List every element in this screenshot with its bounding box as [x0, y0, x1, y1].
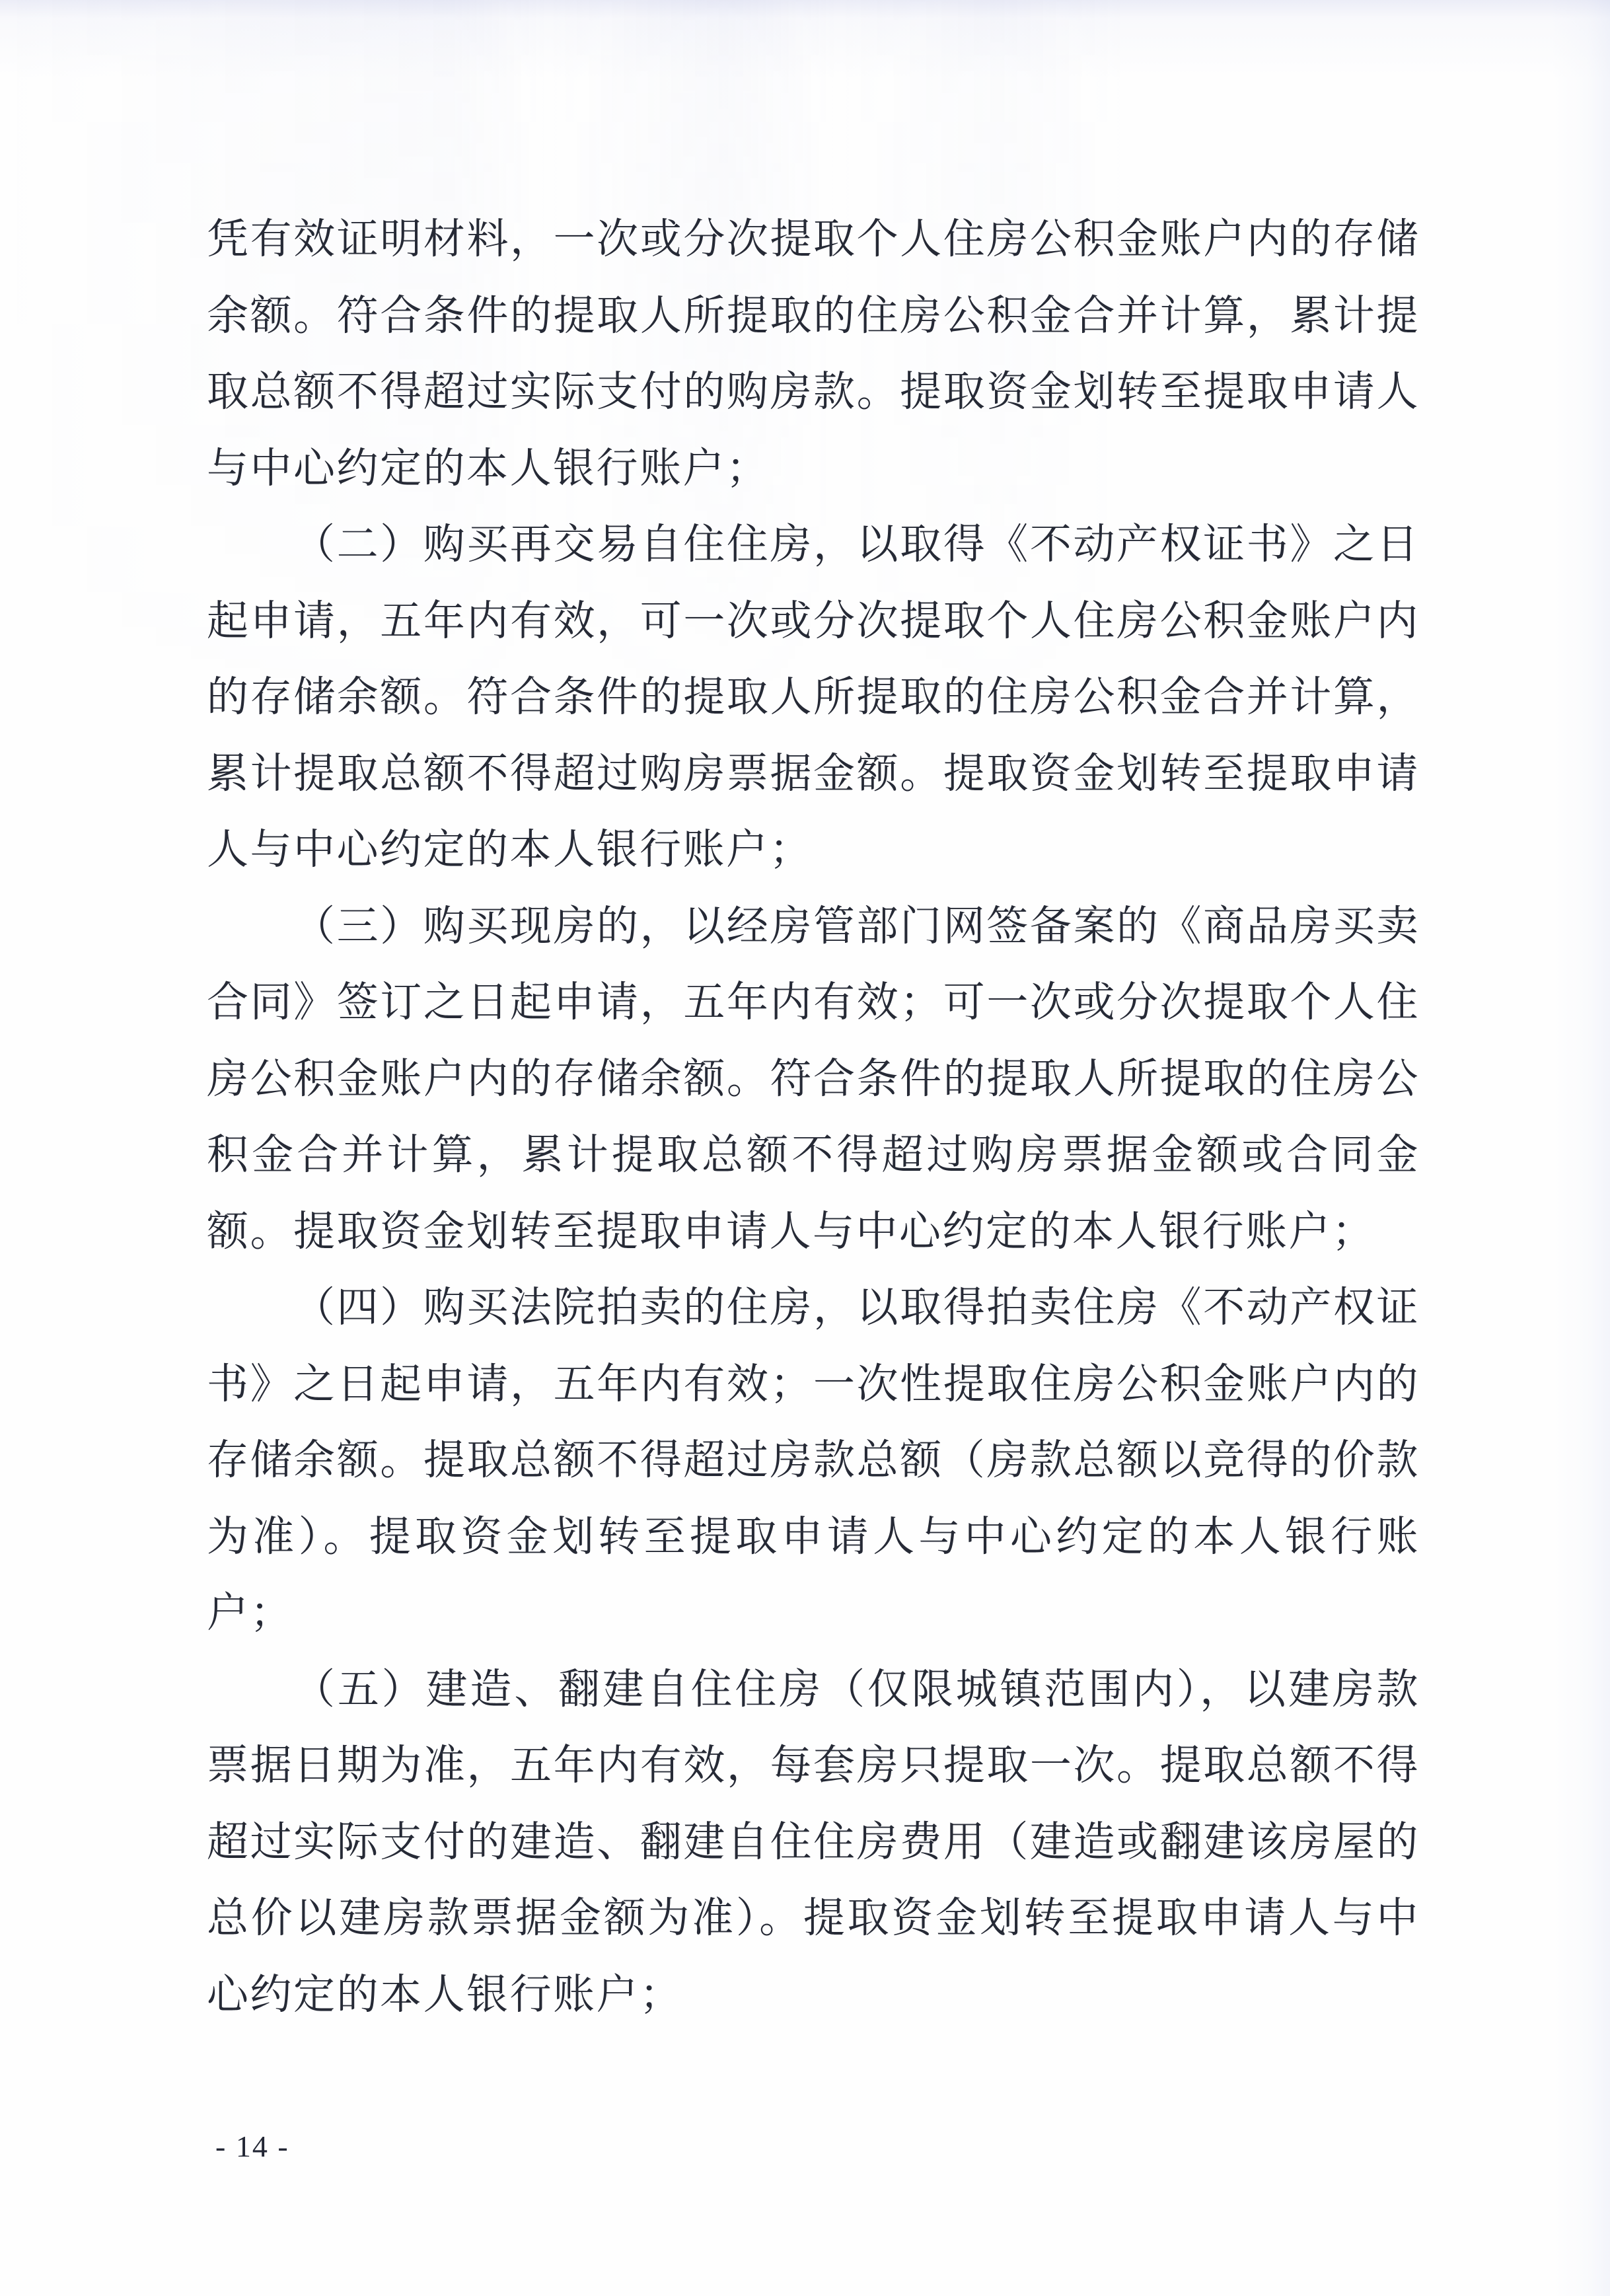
paragraph-item-4: （四）购买法院拍卖的住房，以取得拍卖住房《不动产权证书》之日起申请，五年内有效；…: [207, 1270, 1420, 1652]
paragraph-item-3: （三）购买现房的，以经房管部门网签备案的《商品房买卖合同》签订之日起申请，五年内…: [207, 889, 1420, 1271]
page-number: - 14 -: [215, 2129, 289, 2164]
paragraph-continuation: 凭有效证明材料，一次或分次提取个人住房公积金账户内的存储余额。符合条件的提取人所…: [207, 202, 1420, 507]
scan-artifact-top-tint: [0, 0, 1610, 79]
paragraph-item-2: （二）购买再交易自住住房，以取得《不动产权证书》之日起申请，五年内有效，可一次或…: [207, 507, 1420, 889]
paragraph-item-5: （五）建造、翻建自住住房（仅限城镇范围内），以建房款票据日期为准，五年内有效，每…: [207, 1652, 1420, 2034]
document-body: 凭有效证明材料，一次或分次提取个人住房公积金账户内的存储余额。符合条件的提取人所…: [207, 202, 1420, 2033]
document-page: 凭有效证明材料，一次或分次提取个人住房公积金账户内的存储余额。符合条件的提取人所…: [0, 0, 1610, 2296]
scan-artifact-right-tint: [1551, 0, 1610, 2296]
